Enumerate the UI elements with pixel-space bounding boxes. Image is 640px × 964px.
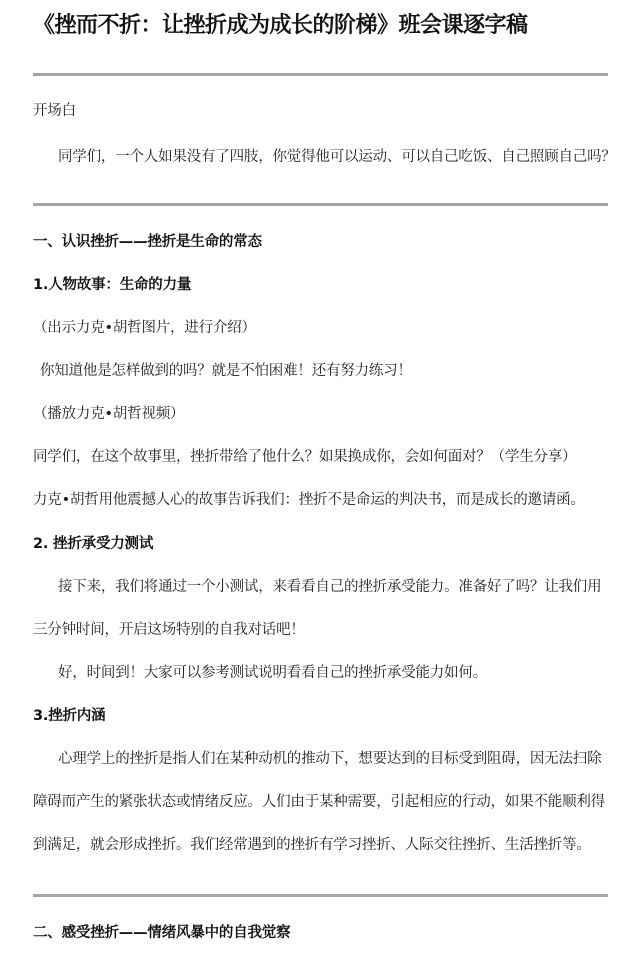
- section-heading: 二、感受挫折——情绪风暴中的自我觉察: [33, 922, 290, 944]
- opening-label: 开场白: [33, 100, 76, 122]
- paragraph-line: 障碍而产生的紧张状态或情绪反应。人们由于某种需要，引起相应的行动，如果不能顺利得: [33, 791, 605, 813]
- paragraph-line: 力克•胡哲用他震撼人心的故事告诉我们：挫折不是命运的判决书，而是成长的邀请函。: [33, 489, 585, 511]
- subsection-heading: 2. 挫折承受力测试: [33, 533, 153, 555]
- divider: [33, 894, 608, 897]
- divider: [33, 73, 608, 76]
- opening-text: 同学们，一个人如果没有了四肢，你觉得他可以运动、可以自己吃饭、自己照顾自己吗？: [58, 146, 616, 168]
- paragraph-line: 到满足，就会形成挫折。我们经常遇到的挫折有学习挫折、人际交往挫折、生活挫折等。: [33, 834, 591, 856]
- divider: [33, 203, 608, 206]
- paragraph-line: （播放力克•胡哲视频）: [33, 403, 184, 425]
- subsection-heading: 1.人物故事：生命的力量: [33, 274, 191, 296]
- paragraph-line: （出示力克•胡哲图片，进行介绍）: [33, 317, 256, 339]
- document-title: 《挫而不折：让挫折成为成长的阶梯》班会课逐字稿: [33, 8, 528, 44]
- section-heading: 一、认识挫折——挫折是生命的常态: [33, 231, 262, 253]
- paragraph-line: 三分钟时间，开启这场特别的自我对话吧！: [33, 619, 305, 641]
- paragraph-line: 好，时间到！大家可以参考测试说明看看自己的挫折承受能力如何。: [58, 662, 487, 684]
- subsection-heading: 3.挫折内涵: [33, 705, 105, 727]
- paragraph-line: 同学们，在这个故事里，挫折带给了他什么？如果换成你，会如何面对？（学生分享）: [33, 446, 576, 468]
- paragraph-line: 接下来，我们将通过一个小测试，来看看自己的挫折承受能力。准备好了吗？让我们用: [58, 576, 601, 598]
- paragraph-line: 你知道他是怎样做到的吗？就是不怕困难！还有努力练习！: [40, 360, 412, 382]
- paragraph-line: 心理学上的挫折是指人们在某种动机的推动下，想要达到的目标受到阻碍，因无法扫除: [58, 748, 601, 770]
